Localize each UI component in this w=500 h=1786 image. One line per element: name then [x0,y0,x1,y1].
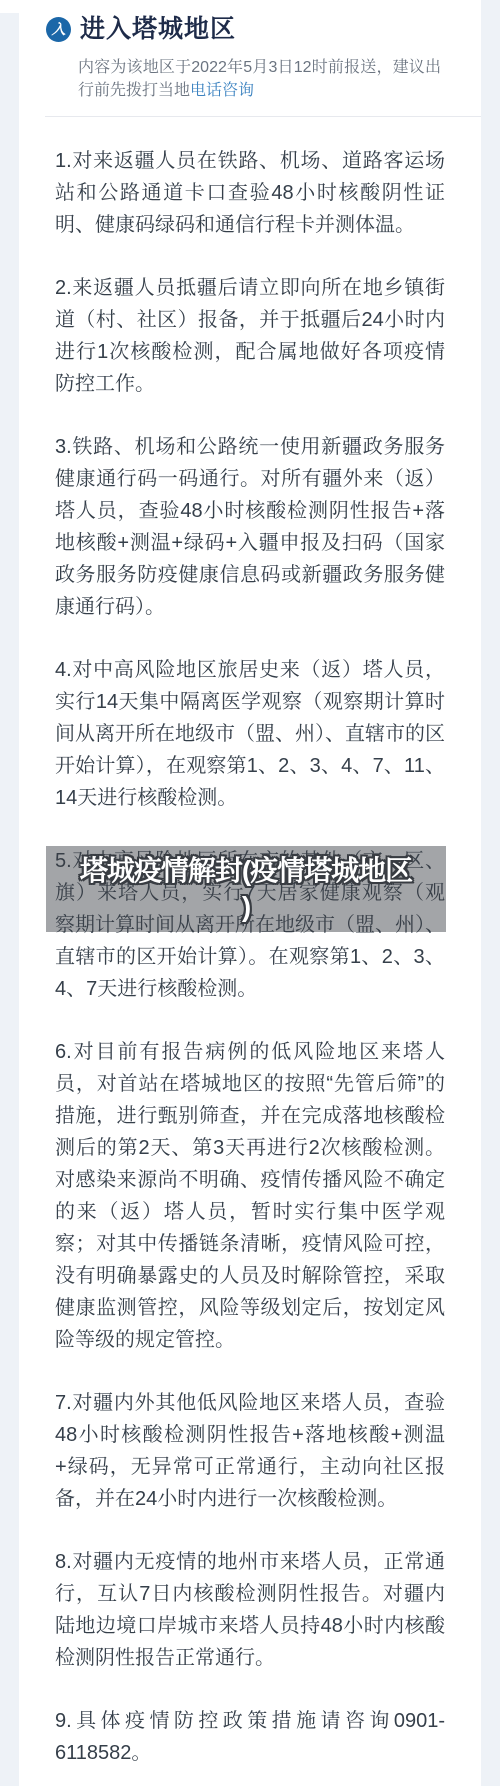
enter-icon: 入 [46,17,71,42]
divider [45,116,481,117]
report-time-note: 内容为该地区于2022年5月3日12时前报送，建议出行前先拨打当地电话咨询 [78,56,441,102]
policy-paragraph-7: 7.对疆内外其他低风险地区来塔人员，查验48小时核酸检测阴性报告+落地核酸+测温… [55,1387,445,1515]
report-time-text: 内容为该地区于2022年5月3日12时前报送，建议出行前先拨打当地 [78,59,441,99]
watermark-line2: ) [46,889,446,925]
phone-consult-link[interactable]: 电话咨询 [190,82,254,99]
watermark-line1: 塔城疫情解封(疫情塔城地区 [46,853,446,889]
policy-paragraph-8: 8.对疆内无疫情的地州市来塔人员，正常通行，互认7日内核酸检测阴性报告。对疆内陆… [55,1546,445,1674]
section-header: 入 进入塔城地区 [19,0,481,42]
policy-paragraph-4: 4.对中高风险地区旅居史来（返）塔人员，实行14天集中隔离医学观察（观察期计算时… [55,654,445,814]
policy-paragraph-3: 3.铁路、机场和公路统一使用新疆政务服务健康通行码一码通行。对所有疆外来（返）塔… [55,431,445,623]
page-gutter-left [0,13,19,1786]
policy-list: 1.对来返疆人员在铁路、机场、道路客运场站和公路通道卡口查验48小时核酸阴性证明… [19,145,481,1769]
article-card: 入 进入塔城地区 内容为该地区于2022年5月3日12时前报送，建议出行前先拨打… [19,0,481,1786]
policy-paragraph-1: 1.对来返疆人员在铁路、机场、道路客运场站和公路通道卡口查验48小时核酸阴性证明… [55,145,445,241]
policy-paragraph-9: 9.具体疫情防控政策措施请咨询0901-6118582。 [55,1705,445,1769]
policy-paragraph-2: 2.来返疆人员抵疆后请立即向所在地乡镇街道（村、社区）报备，并于抵疆后24小时内… [55,272,445,400]
page-title: 进入塔城地区 [80,16,236,42]
page: 入 进入塔城地区 内容为该地区于2022年5月3日12时前报送，建议出行前先拨打… [0,0,500,1786]
page-gutter-right [481,0,500,1786]
policy-paragraph-6: 6.对目前有报告病例的低风险地区来塔人员，对首站在塔城地区的按照“先管后筛”的措… [55,1036,445,1356]
watermark-overlay: 塔城疫情解封(疫情塔城地区 ) [46,846,446,932]
